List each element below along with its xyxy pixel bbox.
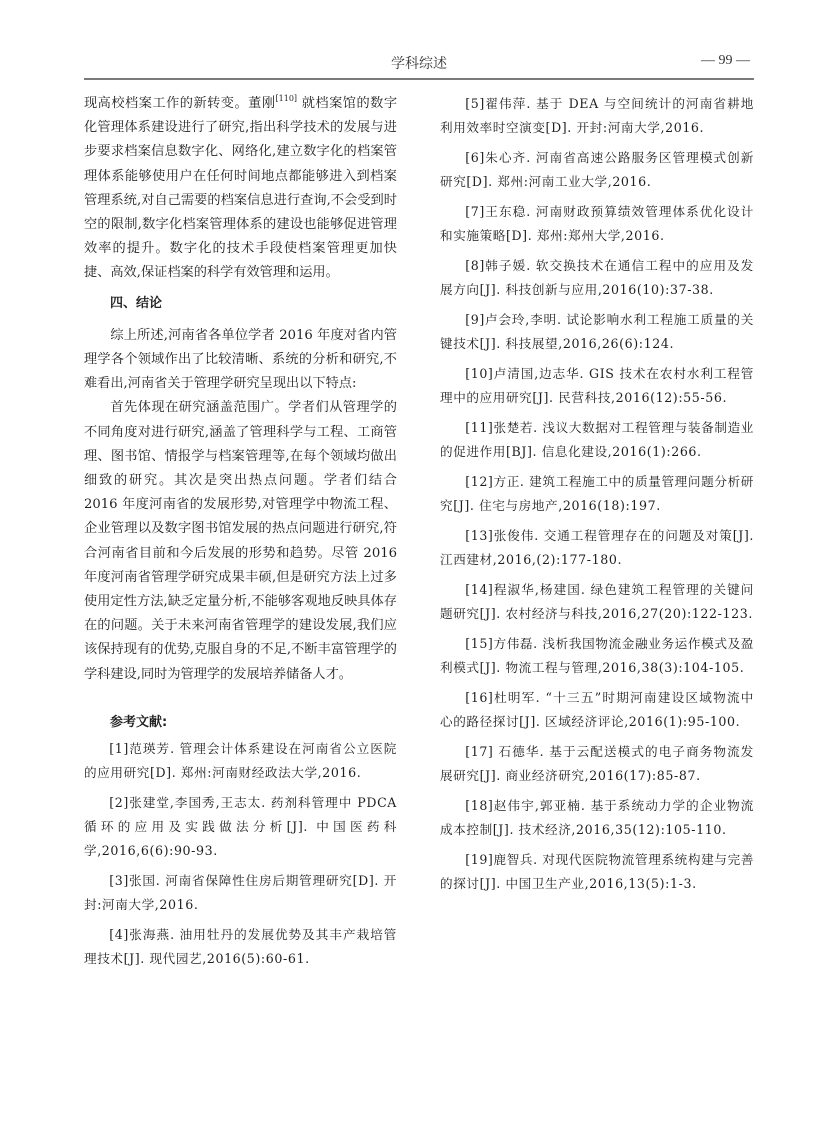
- reference-item: [17] 石德华. 基于云配送模式的电子商务物流发展研究[J]. 商业经济研究,…: [440, 740, 754, 788]
- reference-item: [6]朱心齐. 河南省高速公路服务区管理模式创新研究[D]. 郑州:河南工业大学…: [440, 146, 754, 194]
- intro-paragraph: 现高校档案工作的新转变。董刚[110] 就档案馆的数字化管理体系建设进行了研究,…: [84, 92, 397, 286]
- reference-item: [16]杜明军. “十三五”时期河南建设区域物流中心的路径探讨[J]. 区域经济…: [440, 686, 754, 734]
- right-column: [5]翟伟萍. 基于 DEA 与空间统计的河南省耕地利用效率时空演变[D]. 开…: [440, 92, 754, 902]
- reference-item: [14]程淑华,杨建国. 绿色建筑工程管理的关键问题研究[J]. 农村经济与科技…: [440, 578, 754, 626]
- reference-item: [15]方伟磊. 浅析我国物流金融业务运作模式及盈利模式[J]. 物流工程与管理…: [440, 632, 754, 680]
- page-number: — 99 —: [701, 53, 750, 69]
- reference-item: [3]张国. 河南省保障性住房后期管理研究[D]. 开封:河南大学,2016.: [84, 869, 397, 917]
- reference-item: [19]鹿智兵. 对现代医院物流管理系统构建与完善的探讨[J]. 中国卫生产业,…: [440, 848, 754, 896]
- left-column: 现高校档案工作的新转变。董刚[110] 就档案馆的数字化管理体系建设进行了研究,…: [84, 92, 397, 977]
- conclusion-paragraph: 首先体现在研究涵盖范围广。学者们从管理学的不同角度对进行研究,涵盖了管理科学与工…: [84, 396, 397, 686]
- reference-item: [1]范瑛芳. 管理会计体系建设在河南省公立医院的应用研究[D]. 郑州:河南财…: [84, 737, 397, 785]
- running-header: 学科综述 — 99 —: [84, 50, 754, 80]
- reference-item: [10]卢清国,边志华. GIS 技术在农村水利工程管理中的应用研究[J]. 民…: [440, 362, 754, 410]
- conclusion-paragraph: 综上所述,河南省各单位学者 2016 年度对省内管理学各个领域作出了比较清晰、系…: [84, 324, 397, 397]
- citation-marker: [110]: [276, 94, 298, 103]
- reference-item: [9]卢会玲,李明. 试论影响水利工程施工质量的关键技术[J]. 科技展望,20…: [440, 308, 754, 356]
- reference-item: [2]张建堂,李国秀,王志太. 药剂科管理中 PDCA 循环的应用及实践做法分析…: [84, 791, 397, 863]
- section-title: 学科综述: [84, 53, 754, 73]
- reference-item: [8]韩子媛. 软交换技术在通信工程中的应用及发展方向[J]. 科技创新与应用,…: [440, 254, 754, 302]
- reference-item: [5]翟伟萍. 基于 DEA 与空间统计的河南省耕地利用效率时空演变[D]. 开…: [440, 92, 754, 140]
- intro-text-continued: 就档案馆的数字化管理体系建设进行了研究,指出科学技术的发展与进步要求档案信息数字…: [84, 96, 397, 280]
- references-heading: 参考文献:: [84, 711, 397, 735]
- reference-item: [12]方正. 建筑工程施工中的质量管理问题分析研究[J]. 住宅与房地产,20…: [440, 470, 754, 518]
- conclusion-heading: 四、结论: [84, 292, 397, 316]
- reference-item: [7]王东稳. 河南财政预算绩效管理体系优化设计和实施策略[D]. 郑州:郑州大…: [440, 200, 754, 248]
- reference-item: [4]张海燕. 油用牡丹的发展优势及其丰产栽培管理技术[J]. 现代园艺,201…: [84, 923, 397, 971]
- intro-text: 现高校档案工作的新转变。董刚: [84, 96, 276, 111]
- reference-item: [13]张俊伟. 交通工程管理存在的问题及对策[J]. 江西建材,2016,(2…: [440, 524, 754, 572]
- reference-item: [11]张楚若. 浅议大数据对工程管理与装备制造业的促进作用[BJ]. 信息化建…: [440, 416, 754, 464]
- reference-item: [18]赵伟宇,郭亚楠. 基于系统动力学的企业物流成本控制[J]. 技术经济,2…: [440, 794, 754, 842]
